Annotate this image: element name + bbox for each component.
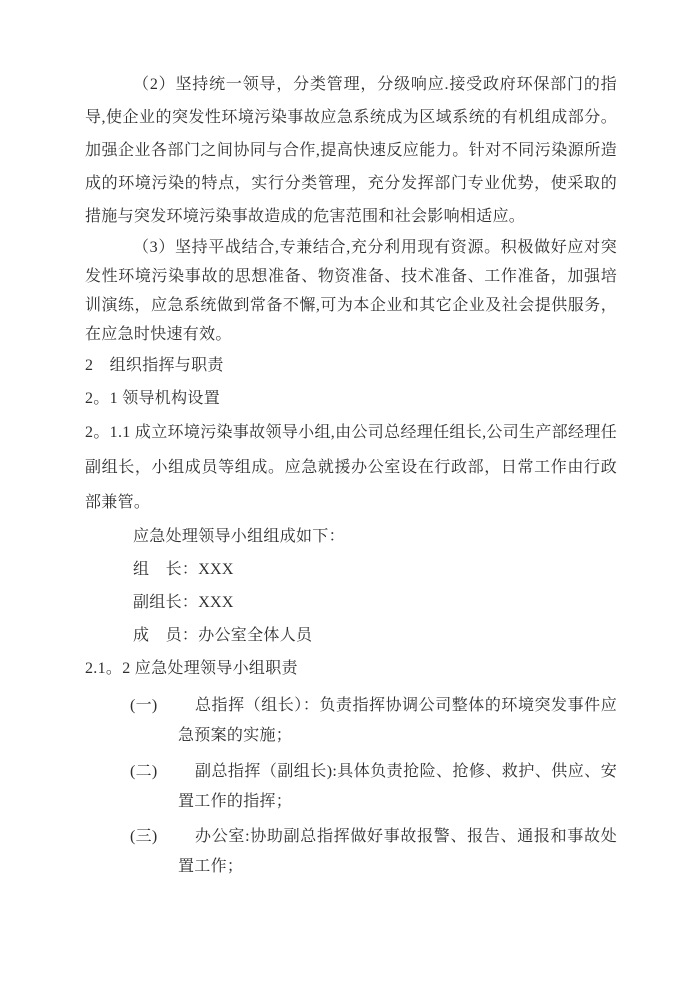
document-page: （2）坚持统一领导，分类管理，分级响应.接受政府环保部门的指导,使企业的突发性环… — [0, 0, 700, 990]
team-composition-intro: 应急处理领导小组组成如下： — [85, 520, 617, 553]
duty-text: 总指挥（组长）：负责指挥协调公司整体的环境突发事件应急预案的实施； — [178, 697, 617, 744]
duty-item-3: (三) 办公室:协助副总指挥做好事故报警、报告、通报和事故处置工作； — [85, 822, 617, 882]
duty-item-1: (一) 总指挥（组长）：负责指挥协调公司整体的环境突发事件应急预案的实施； — [85, 691, 617, 751]
roster-label: 成 员： — [133, 627, 198, 644]
duty-text: 办公室:协助副总指挥做好事故报警、报告、通报和事故处置工作； — [178, 828, 617, 875]
duty-item-2: (二) 副总指挥（副组长):具体负责抢险、抢修、救护、供应、安置工作的指挥； — [85, 757, 617, 817]
heading-section-2: 2 组织指挥与职责 — [85, 349, 617, 382]
roster-label: 副组长： — [133, 594, 198, 611]
duty-marker: (一) — [130, 691, 158, 721]
paragraph-principle-2: （2）坚持统一领导，分类管理，分级响应.接受政府环保部门的指导,使企业的突发性环… — [85, 68, 617, 233]
roster-line-leader: 组 长：XXX — [85, 553, 617, 586]
roster-value: 办公室全体人员 — [198, 627, 312, 644]
duty-marker: (三) — [130, 822, 158, 852]
duty-text: 副总指挥（副组长):具体负责抢险、抢修、救护、供应、安置工作的指挥； — [178, 763, 617, 810]
paragraph-section-2-1-1: 2。1.1 成立环境污染事故领导小组,由公司总经理任组长,公司生产部经理任副组长… — [85, 415, 617, 520]
heading-section-2-1-2: 2.1。2 应急处理领导小组职责 — [85, 652, 617, 685]
duty-marker: (二) — [130, 757, 158, 787]
paragraph-principle-3: （3）坚持平战结合,专兼结合,充分利用现有资源。积极做好应对突发性环境污染事故的… — [85, 233, 617, 349]
roster-value: XXX — [198, 594, 234, 611]
roster-label: 组 长： — [133, 561, 198, 578]
heading-section-2-1: 2。1 领导机构设置 — [85, 382, 617, 415]
roster-line-deputy-leader: 副组长：XXX — [85, 586, 617, 619]
roster-line-members: 成 员：办公室全体人员 — [85, 619, 617, 652]
roster-value: XXX — [198, 561, 234, 578]
